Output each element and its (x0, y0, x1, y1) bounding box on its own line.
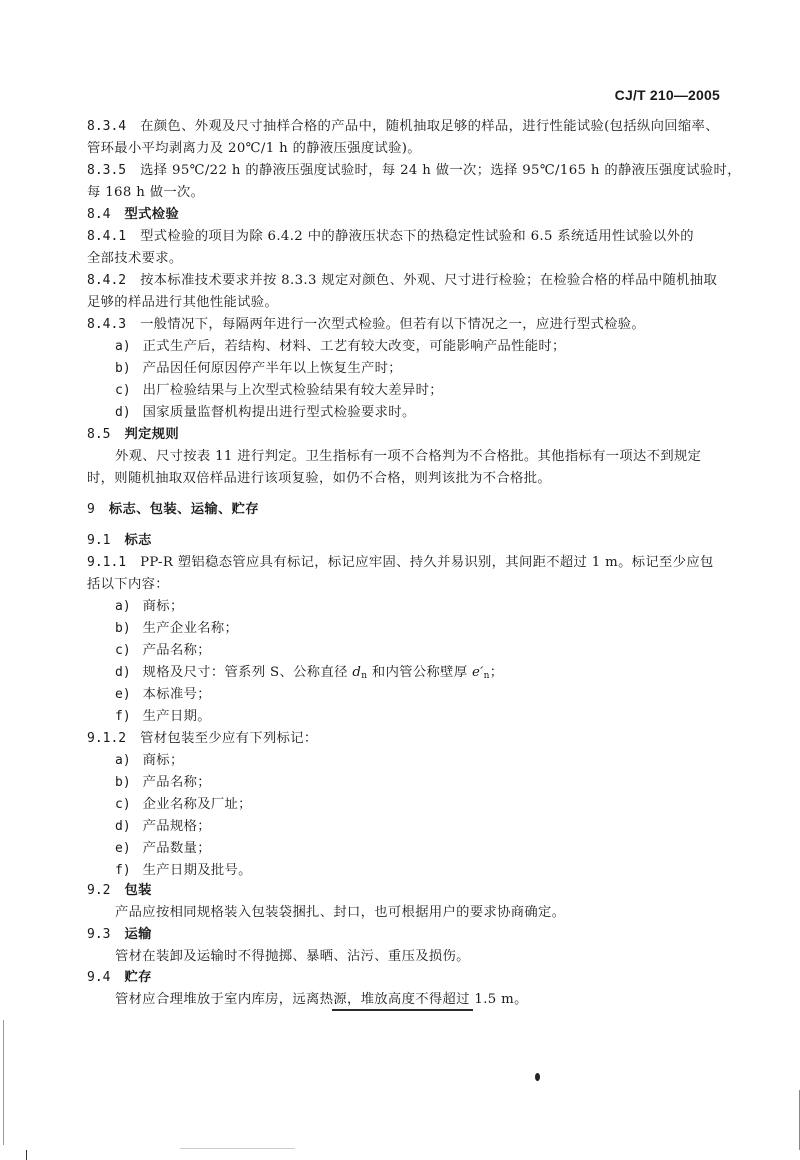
clause-continuation: 足够的样品进行其他性能试验。 (87, 293, 278, 313)
list-item: c)产品名称； (115, 641, 211, 661)
end-of-document-rule (332, 1009, 473, 1011)
list-text: 生产企业名称； (143, 621, 239, 636)
clause-8-3-5: 8.3.5选择 95℃/22 h 的静液压强度试验时，每 24 h 做一次；选择… (87, 161, 741, 181)
clause-8-4-2: 8.4.2按本标准技术要求并按 8.3.3 规定对颜色、外观、尺寸进行检验；在检… (87, 271, 717, 291)
list-text: 产品数量； (143, 841, 211, 856)
list-text-mid: 和内管公称壁厚 (367, 665, 472, 680)
clause-text: 全部技术要求。 (87, 251, 183, 266)
section-number: 9.1 (87, 533, 110, 548)
clause-9-1-1: 9.1.1PP-R 塑铝稳态管应具有标记，标记应牢固、持久并易识别，其间距不超过… (87, 553, 714, 573)
list-marker: e) (115, 841, 131, 856)
section-number: 9.3 (87, 927, 110, 942)
list-item: b)产品因任何原因停产半年以上恢复生产时； (115, 359, 402, 379)
clause-continuation: 每 168 h 做一次。 (87, 183, 204, 203)
list-text: 正式生产后，若结构、材料、工艺有较大改变，可能影响产品性能时； (143, 339, 566, 354)
chapter-number: 9 (87, 502, 95, 517)
clause-number: 9.1.1 (87, 555, 126, 570)
paragraph: 外观、尺寸按表 11 进行判定。卫生指标有一项不合格判为不合格批。其他指标有一项… (115, 447, 701, 467)
chapter-title: 标志、包装、运输、贮存 (109, 502, 259, 517)
clause-number: 8.4.3 (87, 317, 126, 332)
list-text: 商标； (143, 599, 184, 614)
clause-text: 足够的样品进行其他性能试验。 (87, 295, 278, 310)
list-text: 生产日期。 (143, 709, 211, 724)
paragraph-text: 时，则随机抽取双倍样品进行该项复验，如仍不合格，则判该批为不合格批。 (87, 471, 551, 486)
list-marker: b) (115, 621, 131, 636)
list-item: d)规格及尺寸：管系列 S、公称直径 dn 和内管公称壁厚 e′n； (115, 663, 503, 686)
section-title: 标志 (124, 533, 151, 548)
list-marker: b) (115, 361, 131, 376)
paragraph-text: 产品应按相同规格装入包装袋捆扎、封口，也可根据用户的要求协商确定。 (115, 905, 565, 920)
list-item: c)企业名称及厂址； (115, 795, 252, 815)
list-marker: f) (115, 863, 131, 878)
section-number: 9.2 (87, 883, 110, 898)
clause-9-1-2: 9.1.2管材包装至少应有下列标记： (87, 729, 318, 749)
list-item: f)生产日期及批号。 (115, 861, 252, 881)
clause-text: 每 168 h 做一次。 (87, 185, 204, 200)
list-item: a)正式生产后，若结构、材料、工艺有较大改变，可能影响产品性能时； (115, 337, 566, 357)
section-title: 运输 (124, 927, 151, 942)
clause-text: 管环最小平均剥离力及 20℃/1 h 的静液压强度试验)。 (87, 141, 421, 156)
list-text: 产品规格； (143, 819, 211, 834)
paragraph-text: 管材应合理堆放于室内库房，远离热源，堆放高度不得超过 1.5 m。 (115, 992, 528, 1007)
list-text: 国家质量监督机构提出进行型式检验要求时。 (143, 405, 416, 420)
paragraph-text: 管材在装卸及运输时不得抛掷、暴晒、沾污、重压及损伤。 (115, 949, 470, 964)
document-page: CJ/T 210—2005 8.3.4在颜色、外观及尺寸抽样合格的产品中，随机抽… (0, 0, 800, 1160)
list-text: 规格及尺寸：管系列 S、公称直径 (143, 665, 353, 680)
scan-artifact (180, 1148, 295, 1149)
scan-edge-left (3, 1020, 4, 1145)
list-item: e)本标准号； (115, 685, 211, 705)
list-item: e)产品数量； (115, 839, 211, 859)
list-text-tail: ； (490, 665, 504, 680)
clause-text: PP-R 塑铝稳态管应具有标记，标记应牢固、持久并易识别，其间距不超过 1 m。… (140, 555, 714, 570)
section-heading-9-3: 9.3运输 (87, 925, 152, 945)
list-item: d)产品规格； (115, 817, 211, 837)
list-text: 出厂检验结果与上次型式检验结果有较大差异时； (143, 383, 443, 398)
chapter-heading-9: 9标志、包装、运输、贮存 (87, 500, 259, 520)
section-heading-9-4: 9.4贮存 (87, 968, 152, 988)
clause-text: 选择 95℃/22 h 的静液压强度试验时，每 24 h 做一次；选择 95℃/… (140, 163, 741, 178)
list-item: b)产品名称； (115, 773, 211, 793)
list-marker: d) (115, 665, 131, 680)
list-marker: c) (115, 643, 131, 658)
clause-number: 8.4.2 (87, 273, 126, 288)
list-item: a)商标； (115, 751, 184, 771)
list-marker: c) (115, 797, 131, 812)
list-item: f)生产日期。 (115, 707, 211, 727)
list-text: 产品因任何原因停产半年以上恢复生产时； (143, 361, 402, 376)
list-marker: a) (115, 753, 131, 768)
list-text: 本标准号； (143, 687, 211, 702)
section-heading-8-5: 8.5判定规则 (87, 425, 179, 445)
clause-number: 8.3.4 (87, 119, 126, 134)
section-number: 9.4 (87, 970, 110, 985)
section-heading-8-4: 8.4型式检验 (87, 205, 179, 225)
paragraph: 管材应合理堆放于室内库房，远离热源，堆放高度不得超过 1.5 m。 (115, 990, 528, 1010)
clause-number: 8.4.1 (87, 229, 126, 244)
clause-text: 型式检验的项目为除 6.4.2 中的静液压状态下的热稳定性试验和 6.5 系统适… (140, 229, 694, 244)
section-heading-9-1: 9.1标志 (87, 531, 152, 551)
section-title: 包装 (124, 883, 151, 898)
section-title: 型式检验 (124, 207, 179, 222)
list-text: 企业名称及厂址； (143, 797, 252, 812)
section-heading-9-2: 9.2包装 (87, 881, 152, 901)
list-marker: d) (115, 405, 131, 420)
scan-mark (26, 1150, 27, 1160)
clause-8-3-4: 8.3.4在颜色、外观及尺寸抽样合格的产品中，随机抽取足够的样品，进行性能试验(… (87, 117, 719, 137)
clause-8-4-1: 8.4.1型式检验的项目为除 6.4.2 中的静液压状态下的热稳定性试验和 6.… (87, 227, 694, 247)
section-title: 贮存 (124, 970, 151, 985)
list-item: c)出厂检验结果与上次型式检验结果有较大差异时； (115, 381, 443, 401)
paragraph: 管材在装卸及运输时不得抛掷、暴晒、沾污、重压及损伤。 (115, 947, 470, 967)
list-marker: a) (115, 599, 131, 614)
symbol-e-prime: e′ (472, 665, 484, 680)
list-text: 生产日期及批号。 (143, 863, 252, 878)
clause-continuation: 管环最小平均剥离力及 20℃/1 h 的静液压强度试验)。 (87, 139, 421, 159)
list-marker: e) (115, 687, 131, 702)
list-marker: c) (115, 383, 131, 398)
list-item: b)生产企业名称； (115, 619, 238, 639)
clause-number: 8.3.5 (87, 163, 126, 178)
list-marker: f) (115, 709, 131, 724)
symbol-d: d (352, 665, 361, 680)
paragraph-text: 外观、尺寸按表 11 进行判定。卫生指标有一项不合格判为不合格批。其他指标有一项… (115, 449, 701, 464)
clause-continuation: 括以下内容： (87, 575, 169, 595)
list-marker: d) (115, 819, 131, 834)
section-title: 判定规则 (124, 427, 179, 442)
clause-text: 在颜色、外观及尺寸抽样合格的产品中，随机抽取足够的样品，进行性能试验(包括纵向回… (140, 119, 719, 134)
clause-text: 一般情况下，每隔两年进行一次型式检验。但若有以下情况之一，应进行型式检验。 (140, 317, 645, 332)
clause-text: 括以下内容： (87, 577, 169, 592)
clause-text: 按本标准技术要求并按 8.3.3 规定对颜色、外观、尺寸进行检验；在检验合格的样… (140, 273, 717, 288)
section-number: 8.4 (87, 207, 110, 222)
section-number: 8.5 (87, 427, 110, 442)
clause-continuation: 全部技术要求。 (87, 249, 183, 269)
list-item: a)商标； (115, 597, 184, 617)
clause-8-4-3: 8.4.3一般情况下，每隔两年进行一次型式检验。但若有以下情况之一，应进行型式检… (87, 315, 645, 335)
list-item: d)国家质量监督机构提出进行型式检验要求时。 (115, 403, 416, 423)
paragraph-continuation: 时，则随机抽取双倍样品进行该项复验，如仍不合格，则判该批为不合格批。 (87, 469, 551, 489)
paragraph: 产品应按相同规格装入包装袋捆扎、封口，也可根据用户的要求协商确定。 (115, 903, 565, 923)
list-marker: a) (115, 339, 131, 354)
list-text: 产品名称； (143, 643, 211, 658)
clause-number: 9.1.2 (87, 731, 126, 746)
list-text: 产品名称； (143, 775, 211, 790)
list-marker: b) (115, 775, 131, 790)
scan-speck (535, 1073, 540, 1081)
standard-code: CJ/T 210—2005 (615, 87, 720, 103)
clause-text: 管材包装至少应有下列标记： (140, 731, 317, 746)
list-text: 商标； (143, 753, 184, 768)
